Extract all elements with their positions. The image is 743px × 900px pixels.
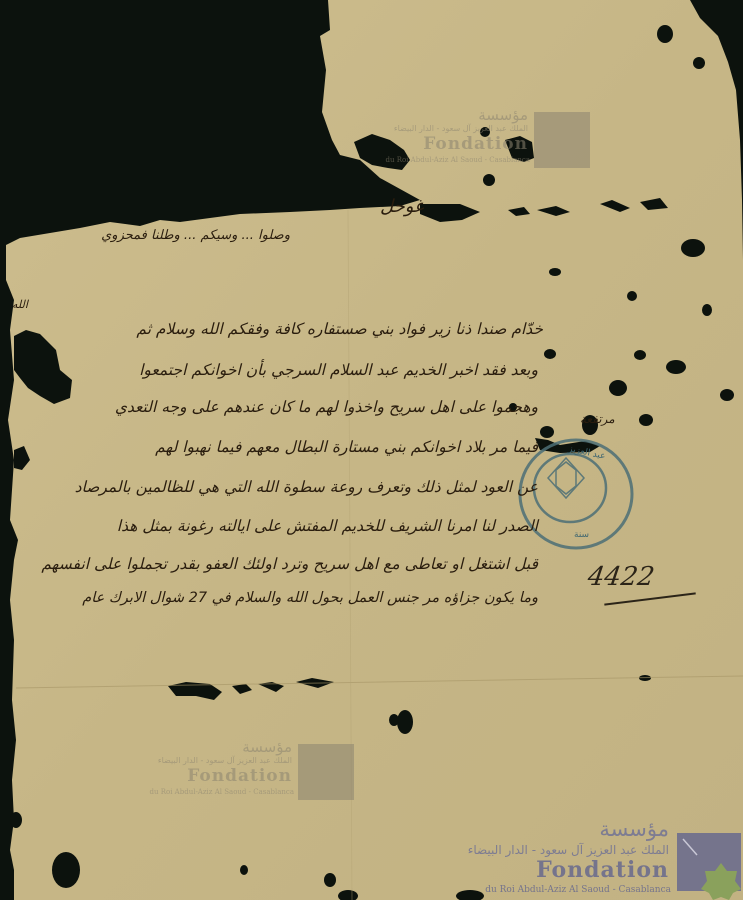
foundation-logo-icon [677,833,741,900]
watermark-arabic-name: مؤسسة [599,817,669,841]
watermark-arabic-subtitle: الملك عبد العزيز آل سعود - الدار البيضاء [468,843,669,857]
foundation-logo-icon [298,744,354,800]
letter-line-3: وهجموا على اهل سريح واخذوا لهم ما كان عن… [115,398,538,416]
watermark-top: مؤسسة الملك عبد العزيز آل سعود - الدار ا… [400,104,590,174]
seal-text-top: عبد العزيز [567,444,606,462]
margin-note: الله [12,298,28,311]
watermark-french-subtitle: du Roi Abdul-Aziz Al Saoud - Casablanca [150,788,294,796]
watermark-french-subtitle: du Roi Abdul-Aziz Al Saoud - Casablanca [485,885,671,895]
side-note: مرتفعة [580,412,615,426]
watermark-french-subtitle: du Roi Abdul-Aziz Al Saoud - Casablanca [386,156,530,164]
letter-top-fragment: وصلوا ... وسيكم ... وطلنا فمحزوي [20,228,290,243]
watermark-french-name: Fondation [187,766,292,786]
letter-line-4: فيما مر بلاد اخوانكم بني مستارة البطال م… [155,438,538,456]
letter-line-1: خدّام صندا ذنا زير فواد بني صستفاره كافة… [136,320,543,338]
watermark-french-name: Fondation [423,134,528,154]
seal-text: عبد العزيز سنة [518,440,634,552]
watermark-arabic-name: مؤسسة [478,106,528,124]
watermark-french-name: Fondation [536,857,669,883]
watermark-arabic-name: مؤسسة [242,738,292,756]
letter-line-7: قبل اشتغل او تعاطى مع اهل سريح وترد اولئ… [41,555,538,573]
watermark-main: مؤسسة الملك عبد العزيز آل سعود - الدار ا… [471,815,741,900]
seal-text-bottom: سنة [574,530,589,540]
letter-line-6: الصدر لنا امرنا الشريف للخديم المفتش على… [117,517,538,535]
watermark-middle: مؤسسة الملك عبد العزيز آل سعود - الدار ا… [164,736,354,806]
watermark-arabic-subtitle: الملك عبد العزيز آل سعود - الدار البيضاء [158,756,292,765]
watermark-arabic-subtitle: الملك عبد العزيز آل سعود - الدار البيضاء [394,124,528,133]
letter-line-8: وما يكون جزاؤه مر جنس العمل بحول الله وا… [82,590,538,606]
letter-line-5: عن العود لمثل ذلك وتعرف روعة سطوة الله ا… [75,478,538,496]
letter-line-2: وبعد فقد اخبر الخديم عبد السلام السرجي ب… [139,361,538,379]
letter-top-right-fragment: غوحل [380,196,423,217]
foundation-logo-icon [534,112,590,168]
reference-number: 4422 [586,562,656,592]
